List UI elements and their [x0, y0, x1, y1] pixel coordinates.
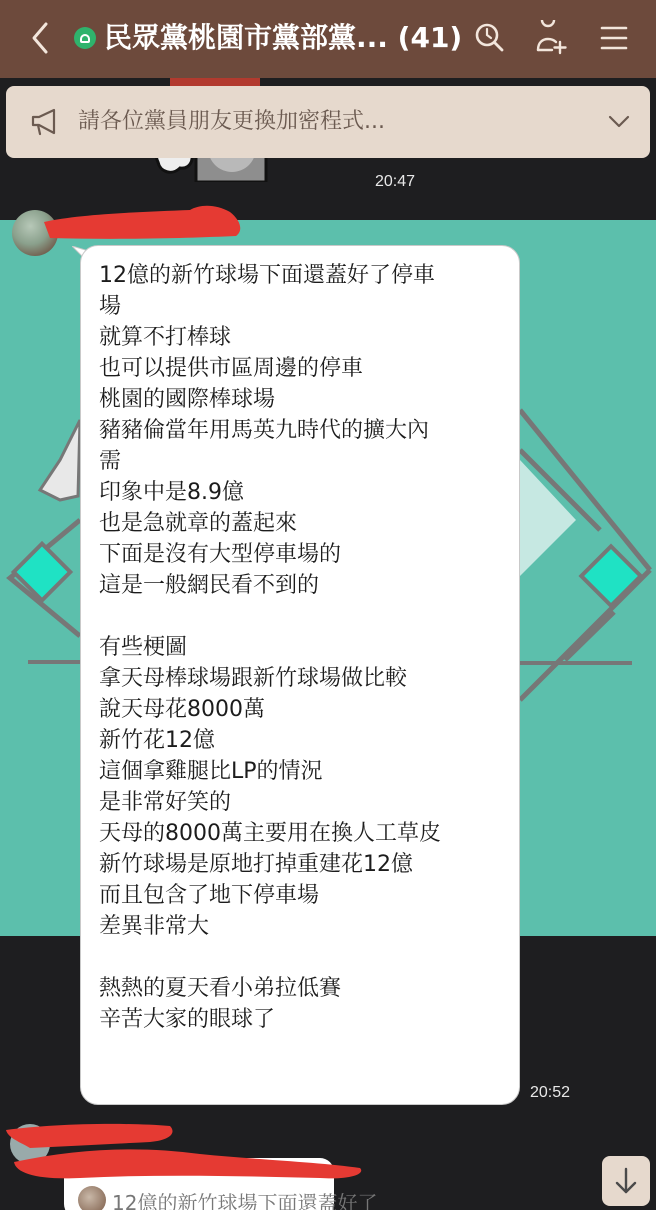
message-line: 就算不打棒球: [99, 322, 519, 353]
message-line: 也是急就章的蓋起來: [99, 508, 519, 539]
message-bubble[interactable]: 12億的新竹球場下面還蓋好了停車 場 就算不打棒球 也可以提供市區周邊的停車 桃…: [80, 245, 520, 1105]
megaphone-icon: [30, 108, 60, 136]
menu-icon[interactable]: [596, 20, 632, 56]
message-line: 拿天母棒球場跟新竹球場做比較: [99, 663, 519, 694]
message-line-blank: [99, 601, 519, 632]
message-line: 差異非常大: [99, 911, 519, 942]
chat-header: 民眾黨桃園市黨部黨... (41): [0, 0, 656, 78]
message-line: 辛苦大家的眼球了: [99, 1004, 519, 1035]
message-line: 也可以提供市區周邊的停車: [99, 353, 519, 384]
message-line: 桃園的國際棒球場: [99, 384, 519, 415]
message-line: 下面是沒有大型停車場的: [99, 539, 519, 570]
pinned-announcement[interactable]: 請各位黨員朋友更換加密程式...: [6, 86, 650, 158]
chevron-left-icon[interactable]: [26, 20, 56, 56]
message-line: 這個拿雞腿比LP的情況: [99, 756, 519, 787]
message-line: 豬豬倫當年用馬英九時代的擴大內: [99, 415, 519, 446]
message-line: 場: [99, 291, 519, 322]
message-line: 有些梗圖: [99, 632, 519, 663]
message-line: 這是一般網民看不到的: [99, 570, 519, 601]
arrow-down-icon: [613, 1166, 639, 1196]
chevron-down-icon[interactable]: [606, 110, 632, 134]
chat-title[interactable]: 民眾黨桃園市黨部黨... (41): [104, 19, 462, 57]
message-line: 新竹花12億: [99, 725, 519, 756]
scroll-to-bottom-button[interactable]: [602, 1156, 650, 1206]
message-line: 印象中是8.9億: [99, 477, 519, 508]
add-friend-icon[interactable]: [534, 20, 570, 56]
message-line: 說天母花8000萬: [99, 694, 519, 725]
announcement-text: 請各位黨員朋友更換加密程式...: [78, 106, 385, 138]
message-line: 12億的新竹球場下面還蓋好了停車: [99, 260, 519, 291]
search-history-icon[interactable]: [472, 20, 508, 56]
message-line: 需: [99, 446, 519, 477]
message-timestamp: 20:52: [530, 1083, 570, 1103]
redacted-sender-name: [0, 1118, 400, 1198]
message-line: 天母的8000萬主要用在換人工草皮: [99, 818, 519, 849]
message-line: 是非常好笑的: [99, 787, 519, 818]
message-line-blank: [99, 942, 519, 973]
redacted-sender-name: [40, 200, 250, 246]
group-chat-icon: [74, 27, 96, 49]
message-timestamp: 20:47: [375, 172, 415, 192]
message-line: 新竹球場是原地打掉重建花12億: [99, 849, 519, 880]
message-line: 而且包含了地下停車場: [99, 880, 519, 911]
message-line: 熱熱的夏天看小弟拉低賽: [99, 973, 519, 1004]
